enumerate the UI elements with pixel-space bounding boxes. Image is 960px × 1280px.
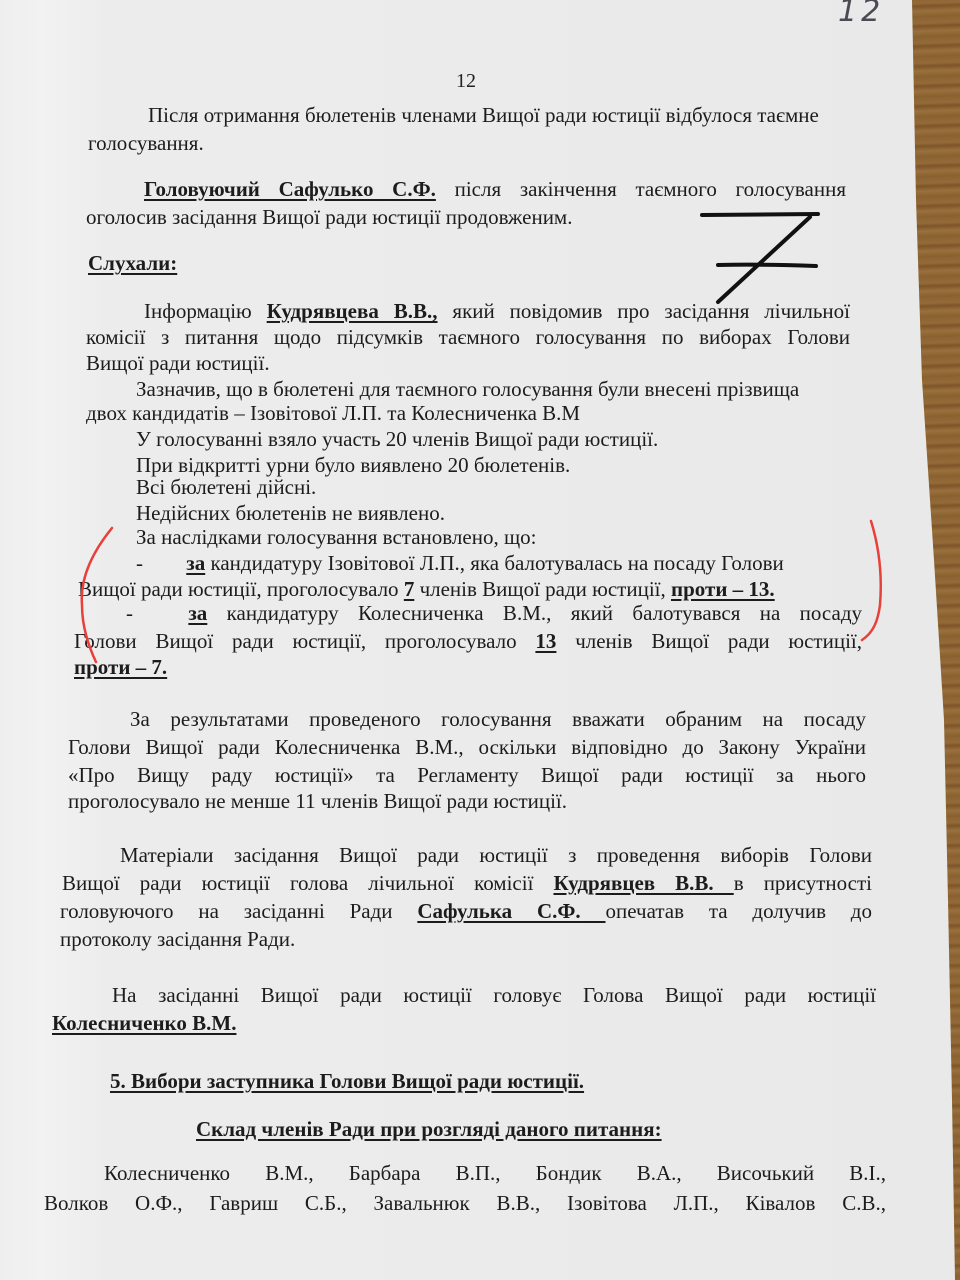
conclusion-line3: «Про Вищу раду юстиції» та Регламенту Ви…: [68, 762, 866, 789]
paragraph-secret-vote: Після отримання бюлетенів членами Вищої …: [148, 102, 819, 129]
handwritten-seven-mark: [702, 214, 818, 302]
paragraph-info-line3: Вищої ради юстиції.: [86, 350, 270, 377]
paragraph-info-line1: Інформацію Кудрявцева В.В., який повідом…: [144, 298, 850, 325]
paragraph-candidates-line1: Зазначив, що в бюлетені для таємного гол…: [136, 376, 799, 403]
paragraph-chair-continued-cont: оголосив засідання Вищої ради юстиції пр…: [86, 204, 572, 231]
materials-line4: протоколу засідання Ради.: [60, 926, 295, 953]
paragraph-participants: У голосуванні взяло участь 20 членів Вищ…: [136, 426, 658, 453]
result-kolesnychenko-line3: проти – 7.: [74, 654, 167, 681]
members-line1: Колесниченко В.М., Барбара В.П., Бондик …: [104, 1160, 886, 1187]
chair-line1: На засіданні Вищої ради юстиції головує …: [112, 982, 876, 1009]
paragraph-chair-continued: Головуючий Сафулько С.Ф. після закінченн…: [144, 176, 846, 203]
result-izovitova-line2: Вищої ради юстиції, проголосувало 7 член…: [78, 576, 775, 603]
paragraph-ballots-valid: Всі бюлетені дійсні.: [136, 474, 316, 501]
votes-for-kolesnychenko: 13: [535, 629, 556, 653]
printed-page-number: 12: [456, 70, 476, 93]
composition-heading: Склад членів Ради при розгляді даного пи…: [196, 1116, 662, 1143]
votes-against-kolesnychenko: проти – 7.: [74, 655, 167, 679]
materials-line3: головуючого на засіданні Ради Сафулька С…: [60, 898, 872, 925]
commission-head-name-2: Кудрявцев В.В.: [553, 871, 733, 895]
paragraph-ballots-invalid: Недійсних бюлетенів не виявлено.: [136, 500, 445, 527]
heard-heading: Слухали:: [88, 250, 177, 277]
section-5-heading: 5. Вибори заступника Голови Вищої ради ю…: [110, 1068, 584, 1095]
votes-for-izovitova: 7: [404, 577, 415, 601]
materials-line2: Вищої ради юстиції голова лічильної комі…: [62, 870, 872, 897]
chair-line2: Колесниченко В.М.: [52, 1010, 236, 1037]
chair-name-2: Сафулька С.Ф.: [417, 899, 605, 923]
result-kolesnychenko-line1: - за кандидатуру Колесниченка В.М., який…: [126, 600, 862, 627]
new-chair-name: Колесниченко В.М.: [52, 1011, 236, 1035]
commission-head-name: Кудрявцева В.В.,: [267, 299, 438, 323]
paragraph-candidates-line2: двох кандидатів – Ізовітової Л.П. та Кол…: [86, 400, 580, 427]
votes-against-izovitova: проти – 13.: [671, 577, 775, 601]
result-izovitova-line1: - за кандидатуру Ізовітової Л.П., яка ба…: [136, 550, 784, 577]
materials-line1: Матеріали засідання Вищої ради юстиції з…: [120, 842, 872, 869]
paragraph-results-intro: За наслідками голосування встановлено, щ…: [136, 524, 536, 551]
result-kolesnychenko-line2: Голови Вищої ради юстиції, проголосувало…: [74, 628, 862, 655]
paragraph-info-line2: комісії з питання щодо підсумків таємног…: [86, 324, 850, 351]
conclusion-line1: За результатами проведеного голосування …: [130, 706, 866, 733]
members-line2: Волков О.Ф., Гавриш С.Б., Завальнюк В.В.…: [44, 1190, 886, 1217]
conclusion-line2: Голови Вищої ради Колесниченка В.М., оск…: [68, 734, 866, 761]
conclusion-line4: проголосувало не менше 11 членів Вищої р…: [68, 788, 567, 815]
handwritten-page-number: 12: [838, 0, 884, 29]
document-page: 12 12 Після отримання бюлетенів членами …: [0, 0, 960, 1280]
chair-name: Головуючий Сафулько С.Ф.: [144, 177, 436, 201]
paragraph-secret-vote-cont: голосування.: [88, 130, 204, 157]
